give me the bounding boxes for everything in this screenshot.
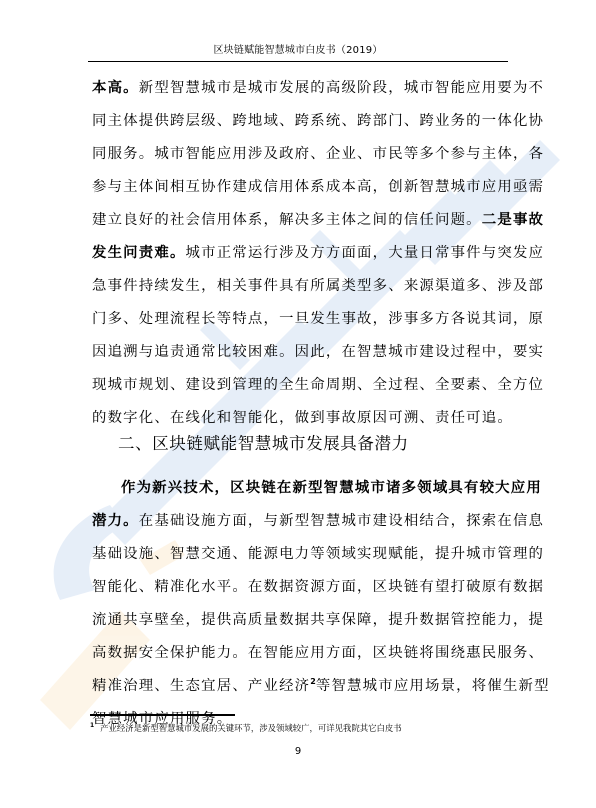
text-line: 因追溯与追责通常比较困难。因此，在智慧城市建设过程中，要实 [92,342,507,362]
line-text: 参与主体间相互协作建成信用体系成本高，创新智慧城市应用亟需 [92,179,544,195]
line-text: 建立良好的社会信用体系，解决多主体之间的信任问题。 [92,212,482,228]
line-text: 城市正常运行涉及方方面面，大量日常事件与突发应 [186,245,545,261]
line-text: 现城市规划、建设到管理的全生命周期、全过程、全要素、全方位 [92,377,544,393]
line-text: 门多、处理流程长等特点，一旦发生事故，涉事多方各说其词，原 [92,311,544,327]
text-line: 精准治理、生态宜居、产业经济2等智慧城市应用场景，将催生新型 [92,676,507,696]
text-line: 流通共享壁垒，提供高质量数据共享保障，提升数据管控能力，提 [92,610,507,630]
page-number: 9 [288,746,308,758]
footnote-mark: 1 [90,722,94,729]
text-line: 门多、处理流程长等特点，一旦发生事故，涉事多方各说其词，原 [92,309,507,329]
bold-lead: 发生问责难。 [92,245,186,261]
line-text: 智能化、精准化水平。在数据资源方面，区块链有望打破原有数据 [92,579,544,595]
bold-lead: 作为新兴技术，区块链在新型智慧城市诸多领域具有较大应用 [121,480,542,496]
line-text: 等智慧城市应用场景，将催生新型 [316,678,550,694]
text-line: 潜力。在基础设施方面，与新型智慧城市建设相结合，探索在信息 [92,511,507,531]
line-text: 急事件持续发生，相关事件具有所属类型多、来源渠道多、涉及部 [92,278,544,294]
line-text: 精准治理、生态宜居、产业经济 [92,678,310,694]
text-line: 急事件持续发生，相关事件具有所属类型多、来源渠道多、涉及部 [92,276,507,296]
line-text: 因追溯与追责通常比较困难。因此，在智慧城市建设过程中，要实 [92,344,544,360]
text-line: 高数据安全保护能力。在智能应用方面，区块链将围绕惠民服务、 [92,643,507,663]
text-line: 现城市规划、建设到管理的全生命周期、全过程、全要素、全方位 [92,375,507,395]
footnote-text: 产业经济是新型智慧城市发展的关键环节，涉及领域较广，可详见我院其它白皮书 [100,723,402,733]
text-line: 智能化、精准化水平。在数据资源方面，区块链有望打破原有数据 [92,577,507,597]
line-text: 新型智慧城市是城市发展的高级阶段，城市智能应用要为不 [139,80,544,96]
bold-lead: 本高。 [92,80,139,96]
header-divider [88,61,508,62]
section-heading: 二、区块链赋能智慧城市发展具备潜力 [118,433,409,455]
text-line: 基础设施、智慧交通、能源电力等领域实现赋能，提升城市管理的 [92,544,507,564]
running-header: 区块链赋能智慧城市白皮书（2019） [88,44,508,58]
bold-lead: 潜力。 [92,513,139,529]
footnote: 1产业经济是新型智慧城市发展的关键环节，涉及领域较广，可详见我院其它白皮书 [90,720,402,734]
line-text: 同服务。城市智能应用涉及政府、企业、市民等多个参与主体，各 [92,146,544,162]
text-line: 同主体提供跨层级、跨地域、跨系统、跨部门、跨业务的一体化协 [92,111,507,131]
line-text: 的数字化、在线化和智能化，做到事故原因可溯、责任可追。 [92,410,513,426]
text-line: 的数字化、在线化和智能化，做到事故原因可溯、责任可追。 [92,408,507,428]
line-text: 同主体提供跨层级、跨地域、跨系统、跨部门、跨业务的一体化协 [92,113,544,129]
line-text: 流通共享壁垒，提供高质量数据共享保障，提升数据管控能力，提 [92,612,544,628]
line-text: 在基础设施方面，与新型智慧城市建设相结合，探索在信息 [139,513,544,529]
text-line: 建立良好的社会信用体系，解决多主体之间的信任问题。二是事故 [92,210,507,230]
text-line: 同服务。城市智能应用涉及政府、企业、市民等多个参与主体，各 [92,144,507,164]
text-line: 参与主体间相互协作建成信用体系成本高，创新智慧城市应用亟需 [92,177,507,197]
text-line: 本高。新型智慧城市是城市发展的高级阶段，城市智能应用要为不 [92,78,507,98]
text-line: 作为新兴技术，区块链在新型智慧城市诸多领域具有较大应用 [92,478,507,498]
text-line: 发生问责难。城市正常运行涉及方方面面，大量日常事件与突发应 [92,243,507,263]
bold-tail: 二是事故 [482,212,544,228]
line-text: 基础设施、智慧交通、能源电力等领域实现赋能，提升城市管理的 [92,546,544,562]
footnote-divider [90,714,235,716]
line-text: 高数据安全保护能力。在智能应用方面，区块链将围绕惠民服务、 [92,645,544,661]
